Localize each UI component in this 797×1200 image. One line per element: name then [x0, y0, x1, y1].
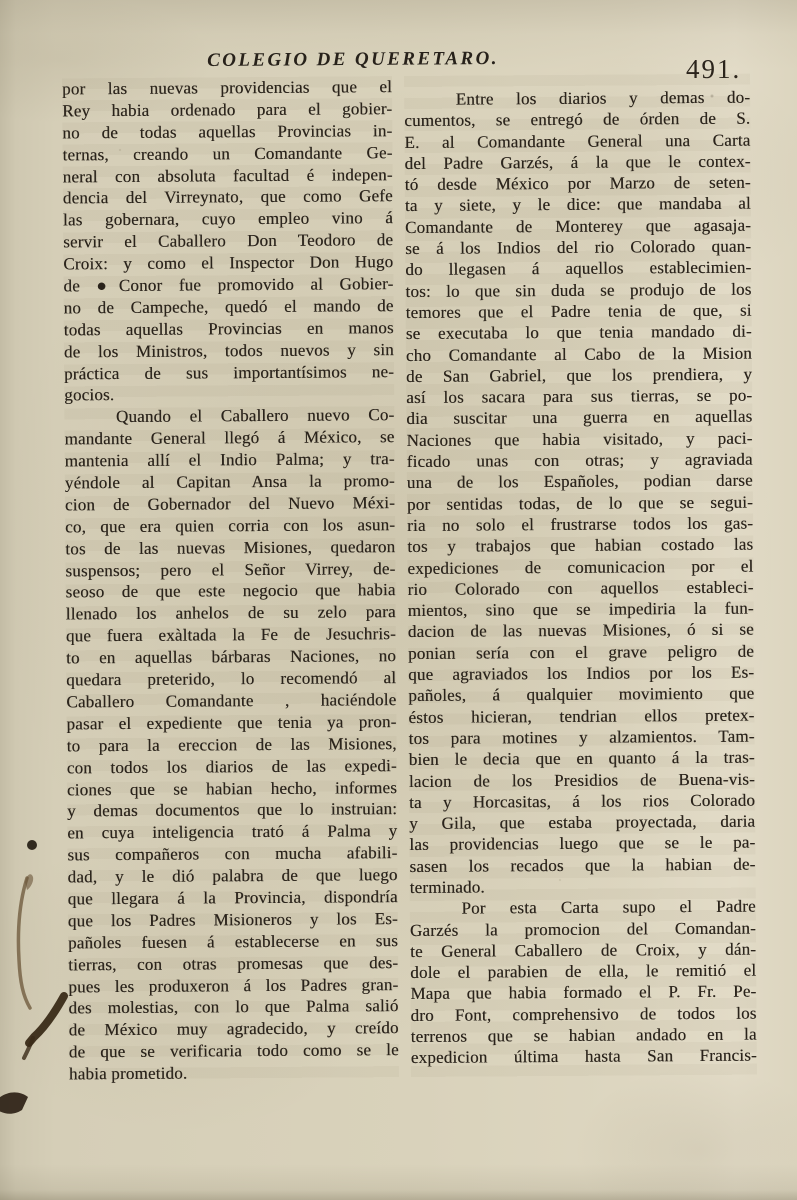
text-line: llenado los anhelos de su zelo para — [66, 601, 396, 625]
text-line: E. al Comandante General una Carta — [404, 129, 750, 153]
text-line: ponian sería con el grave peligro de — [408, 640, 754, 664]
text-line: y Gila, que estaba proyectada, daria — [409, 811, 755, 835]
text-line: Garzés la promocion del Comandan- — [410, 917, 756, 941]
text-line: habia prometido. — [69, 1061, 399, 1085]
text-line: Quando el Caballero nuevo Co- — [64, 404, 394, 428]
text-line: Entre los diarios y demas do- — [404, 87, 750, 111]
text-line: Comandante de Monterey que agasaja- — [405, 214, 751, 238]
text-column-right: Entre los diarios y demas do-cumentos, s… — [404, 74, 757, 1083]
text-line: tos: lo que sin duda se produjo de los — [405, 278, 751, 302]
text-line: ciones que se habian hecho, informes — [67, 777, 397, 801]
text-line: de que se verificaria todo como se le — [69, 1039, 399, 1063]
text-line: gocios. — [64, 383, 394, 407]
text-columns: por las nuevas providencias que elRey ha… — [62, 74, 757, 1086]
text-line: expedicion última hasta San Francis- — [411, 1045, 757, 1069]
text-line: todas aquellas Provincias en manos — [64, 317, 394, 341]
text-line: expediciones de comunicacion por el — [407, 555, 753, 579]
text-line: ternas, creando un Comandante Ge- — [62, 142, 392, 166]
text-line: temores que el Padre tenia de que, si — [406, 300, 752, 324]
text-line: to para la ereccion de las Misiones, — [67, 733, 397, 757]
text-line: no de todas aquellas Provincias in- — [62, 120, 392, 144]
ink-flourish-tip-icon — [25, 874, 33, 890]
text-line: ta y siete, y le dice: que mandaba al — [405, 193, 751, 217]
page-header-title: COLEGIO DE QUERETARO. — [207, 48, 499, 72]
text-line: no de Campeche, quedó el mando de — [64, 295, 394, 319]
text-line: mandante General llegó á México, se — [64, 426, 394, 450]
text-line: bien le decia que en quanto á la tras- — [409, 747, 755, 771]
text-line: Caballero Comandante , haciéndole — [66, 689, 396, 713]
text-line: dad, y le dió palabra de que luego — [68, 864, 398, 888]
text-line: que agraviados los Indios por los Es- — [408, 662, 754, 686]
text-line: dencia del Virreynato, que como Gefe — [63, 186, 393, 210]
text-line: neral con absoluta facultad é indepen- — [63, 164, 393, 188]
text-line: práctica de sus importantísimos ne- — [64, 361, 394, 385]
text-column-left: por las nuevas providencias que elRey ha… — [62, 76, 399, 1085]
text-line: del Padre Garzés, á la que le contex- — [405, 150, 751, 174]
text-line: así los sacara para sus tierras, se po- — [406, 385, 752, 409]
text-line: dia suscitar una guerra en aquellas — [406, 406, 752, 430]
text-line: por las nuevas providencias que el — [62, 76, 392, 100]
text-line: dro Font, comprehensivo de todos los — [410, 1002, 756, 1026]
text-line: Croix: y como el Inspector Don Hugo — [63, 251, 393, 275]
text-line: terrenos que se habian andado en la — [411, 1024, 757, 1048]
text-line: Mapa que habia formado el P. Fr. Pe- — [410, 981, 756, 1005]
text-line: que llegara á la Provincia, dispondría — [68, 886, 398, 910]
text-line: y demas documentos que lo instruian: — [67, 798, 397, 822]
text-line: te General Caballero de Croix, y dán- — [410, 938, 756, 962]
scanned-book-page: COLEGIO DE QUERETARO. 491. por las nueva… — [0, 0, 797, 1200]
text-line: éstos hicieran, tendrian ellos pretex- — [408, 704, 754, 728]
text-line: se executaba lo que tenia mandado di- — [406, 321, 752, 345]
text-line: sasen los recados que la habian de- — [409, 853, 755, 877]
text-line: de los Ministros, todos nuevos y sin — [64, 339, 394, 363]
text-line: ria no solo el frustrarse todos los gas- — [407, 513, 753, 537]
text-line: yéndole al Capitan Ansa la promo- — [65, 470, 395, 494]
text-line: por sentidas todas, de lo que se segui- — [407, 491, 753, 515]
text-line: una de los Españoles, podian darse — [407, 470, 753, 494]
text-line: Rey habia ordenado para el gobier- — [62, 98, 392, 122]
text-line: tos de las nuevas Misiones, quedaron — [65, 536, 395, 560]
text-line: se á los Indios del rio Colorado quan- — [405, 236, 751, 260]
text-line: Por esta Carta supo el Padre — [410, 896, 756, 920]
text-line: terminado. — [410, 875, 756, 899]
ink-arrowhead-icon — [0, 1092, 28, 1113]
text-line: servir el Caballero Don Teodoro de — [63, 229, 393, 253]
text-line: to en aquellas bárbaras Naciones, no — [66, 645, 396, 669]
text-line: mientos, sino que se impediria la fun- — [408, 598, 754, 622]
text-line: seoso de que este negocio que habia — [66, 580, 396, 604]
text-line: que fuera exàltada la Fe de Jesuchris- — [66, 623, 396, 647]
text-line: que los Padres Misioneros y los Es- — [68, 908, 398, 932]
ink-slash-tail-icon — [24, 1038, 33, 1058]
text-line: pasar el expediente que tenia ya pron- — [66, 711, 396, 735]
text-line: tos para motines y alzamientos. Tam- — [409, 725, 755, 749]
text-line: las gobernara, cuyo empleo vino á — [63, 207, 393, 231]
text-line: Naciones que habia visitado, y paci- — [406, 427, 752, 451]
text-line: des molestias, con lo que Palma salió — [68, 995, 398, 1019]
text-line: dole el parabien de ella, le remitió el — [410, 960, 756, 984]
text-line: co, que era quien corria con los asun- — [65, 514, 395, 538]
text-line: tos y trabajos que habian costado las — [407, 534, 753, 558]
text-line: cumentos, se entregó de órden de S. — [404, 108, 750, 132]
text-line: sus compañeros con mucha afabili- — [67, 842, 397, 866]
text-line: pañoles, á qualquier movimiento que — [408, 683, 754, 707]
text-line: en cuya inteligencia trató á Palma y — [67, 820, 397, 844]
text-line: quedara preterido, lo recomendó al — [66, 667, 396, 691]
text-line: ficado unas con otras; y agraviada — [407, 449, 753, 473]
ink-dot-icon — [27, 840, 37, 850]
text-line: de ●Conor fue promovido al Gobier- — [63, 273, 393, 297]
text-line: dacion de las nuevas Misiones, ó si se — [408, 619, 754, 643]
text-line: cion de Gobernador del Nuevo Méxi- — [65, 492, 395, 516]
text-line: suspensos; pero el Señor Virrey, de- — [65, 558, 395, 582]
ink-flourish-icon — [18, 878, 30, 1008]
text-line: de San Gabriel, que los prendiera, y — [406, 363, 752, 387]
text-line: tó desde México por Marzo de seten- — [405, 172, 751, 196]
text-line: cho Comandante al Cabo de la Mision — [406, 342, 752, 366]
text-line: rio Colorado con aquellos estableci- — [408, 576, 754, 600]
text-line: pues les produxeron á los Padres gran- — [68, 974, 398, 998]
text-line: lacion de los Presidios de Buena-vis- — [409, 768, 755, 792]
text-line: de México muy agradecido, y creído — [69, 1017, 399, 1041]
text-line: do llegasen á aquellos establecimien- — [405, 257, 751, 281]
text-line: ta y Horcasitas, á los rios Colorado — [409, 789, 755, 813]
text-line: con todos los diarios de las expedi- — [67, 755, 397, 779]
text-line: tierras, con otras promesas que des- — [68, 952, 398, 976]
text-line: las providencias luego que se le pa- — [409, 832, 755, 856]
text-line: mantenia allí el Indio Palma; y tra- — [65, 448, 395, 472]
ink-slash-icon — [29, 996, 64, 1043]
text-line: pañoles fuesen á establecerse en sus — [68, 930, 398, 954]
